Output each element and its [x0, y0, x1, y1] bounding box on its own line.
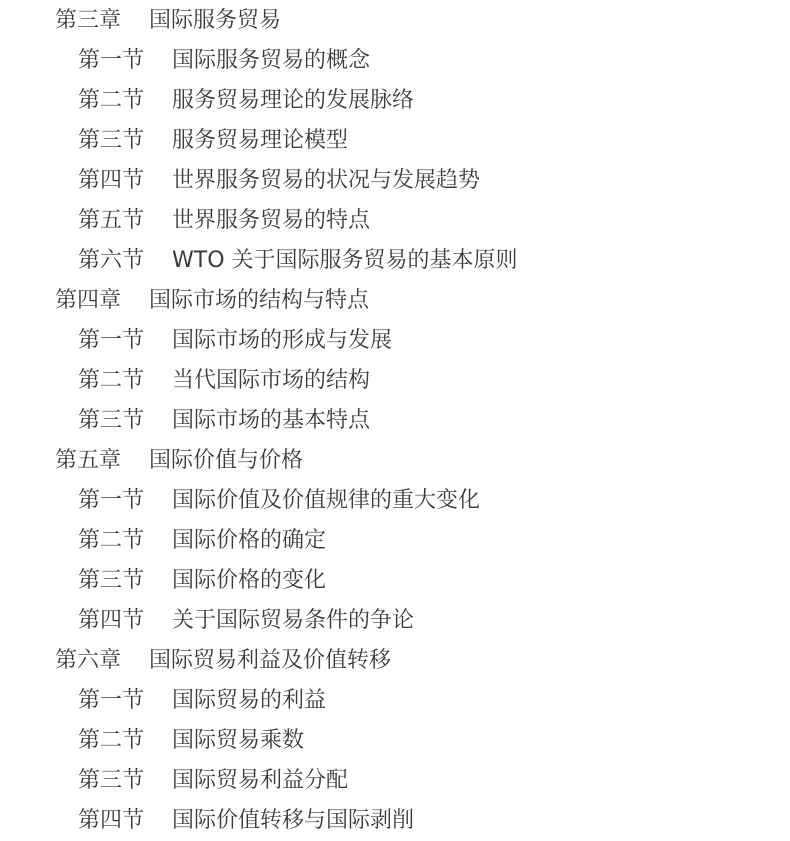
toc-row-title: 国际贸易乘数 — [172, 721, 304, 761]
toc-row-title: 国际贸易利益分配 — [172, 761, 348, 801]
toc-chapter-row: 第四章国际市场的结构与特点 — [0, 281, 790, 321]
toc-row-title: 世界服务贸易的状况与发展趋势 — [172, 161, 480, 201]
toc-row-title: 国际价值及价值规律的重大变化 — [172, 481, 480, 521]
toc-row-number: 第三节 — [78, 401, 144, 441]
toc-section-row: 第一节国际市场的形成与发展 — [0, 321, 790, 361]
toc-row-title: 服务贸易理论的发展脉络 — [172, 81, 414, 121]
toc-section-row: 第三节国际贸易利益分配 — [0, 761, 790, 801]
toc-row-title: 国际价值转移与国际剥削 — [172, 801, 414, 841]
toc-chapter-row: 第三章国际服务贸易 — [0, 1, 790, 41]
toc-row-number: 第四章 — [55, 281, 121, 321]
toc-row-number: 第二节 — [78, 361, 144, 401]
toc-section-row: 第二节当代国际市场的结构 — [0, 361, 790, 401]
toc-section-row: 第四节关于国际贸易条件的争论 — [0, 601, 790, 641]
toc-section-row: 第四节世界服务贸易的状况与发展趋势 — [0, 161, 790, 201]
toc-section-row: 第三节国际价格的变化 — [0, 561, 790, 601]
toc-row-number: 第二节 — [78, 721, 144, 761]
toc-section-row: 第三节服务贸易理论模型 — [0, 121, 790, 161]
toc-row-number: 第五节 — [78, 201, 144, 241]
toc-row-number: 第四节 — [78, 601, 144, 641]
toc-row-title: 世界服务贸易的特点 — [172, 201, 370, 241]
toc-row-title: 国际市场的基本特点 — [172, 401, 370, 441]
toc-section-row: 第一节国际价值及价值规律的重大变化 — [0, 481, 790, 521]
toc-row-number: 第六章 — [55, 641, 121, 681]
toc-row-number: 第一节 — [78, 681, 144, 721]
table-of-contents: 第三章国际服务贸易 第一节国际服务贸易的概念 第二节服务贸易理论的发展脉络 第三… — [0, 0, 790, 841]
toc-row-number: 第三章 — [55, 1, 121, 41]
toc-row-title: 服务贸易理论模型 — [172, 121, 348, 161]
toc-section-row: 第一节国际贸易的利益 — [0, 681, 790, 721]
toc-row-number: 第三节 — [78, 561, 144, 601]
toc-row-title: 国际服务贸易 — [149, 1, 281, 41]
toc-section-row: 第六节WTO 关于国际服务贸易的基本原则 — [0, 241, 790, 281]
toc-row-number: 第三节 — [78, 761, 144, 801]
toc-row-title: 关于国际贸易条件的争论 — [172, 601, 414, 641]
toc-row-title: 国际贸易利益及价值转移 — [149, 641, 391, 681]
toc-row-number: 第三节 — [78, 121, 144, 161]
toc-row-title: 当代国际市场的结构 — [172, 361, 370, 401]
toc-row-number: 第五章 — [55, 441, 121, 481]
toc-section-row: 第二节国际价格的确定 — [0, 521, 790, 561]
toc-chapter-row: 第六章国际贸易利益及价值转移 — [0, 641, 790, 681]
toc-row-number: 第一节 — [78, 41, 144, 81]
toc-section-row: 第三节国际市场的基本特点 — [0, 401, 790, 441]
toc-row-number: 第四节 — [78, 161, 144, 201]
toc-row-title: 国际价格的变化 — [172, 561, 326, 601]
toc-row-title: 国际贸易的利益 — [172, 681, 326, 721]
toc-section-row: 第二节服务贸易理论的发展脉络 — [0, 81, 790, 121]
toc-row-title: WTO 关于国际服务贸易的基本原则 — [172, 241, 518, 281]
toc-section-row: 第五节世界服务贸易的特点 — [0, 201, 790, 241]
toc-chapter-row: 第五章国际价值与价格 — [0, 441, 790, 481]
toc-row-number: 第六节 — [78, 241, 144, 281]
toc-row-number: 第二节 — [78, 81, 144, 121]
toc-row-title: 国际市场的结构与特点 — [149, 281, 369, 321]
toc-row-title: 国际价值与价格 — [149, 441, 303, 481]
toc-row-title: 国际价格的确定 — [172, 521, 326, 561]
toc-section-row: 第四节国际价值转移与国际剥削 — [0, 801, 790, 841]
toc-row-title: 国际服务贸易的概念 — [172, 41, 370, 81]
toc-row-number: 第二节 — [78, 521, 144, 561]
toc-section-row: 第二节国际贸易乘数 — [0, 721, 790, 761]
toc-section-row: 第一节国际服务贸易的概念 — [0, 41, 790, 81]
toc-row-number: 第一节 — [78, 481, 144, 521]
toc-row-number: 第一节 — [78, 321, 144, 361]
toc-row-number: 第四节 — [78, 801, 144, 841]
toc-row-title: 国际市场的形成与发展 — [172, 321, 392, 361]
